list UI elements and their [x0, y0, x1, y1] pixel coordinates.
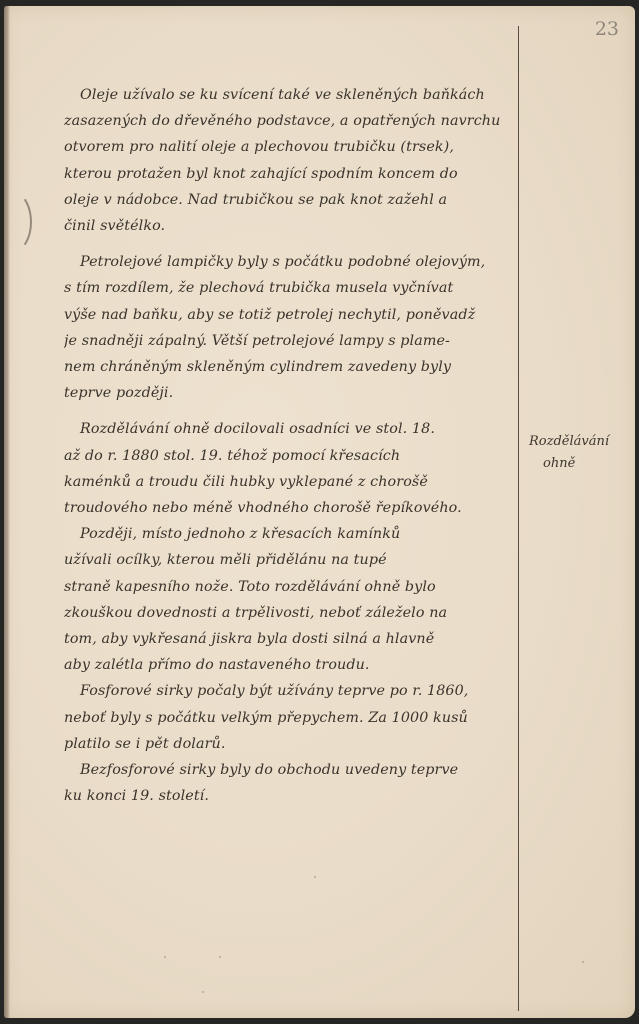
paper-speck: [164, 956, 166, 958]
text-line: Oleje užívalo se ku svícení také ve skle…: [64, 82, 512, 108]
text-line: Později, místo jednoho z křesacích kamín…: [64, 521, 512, 547]
text-line: oleje v nádobce. Nad trubičkou se pak kn…: [64, 187, 512, 213]
text-line: troudového nebo méně vhodného chorošě ře…: [64, 495, 512, 521]
margin-rule-line: [518, 26, 519, 1011]
text-line: výše nad baňku, aby se totiž petrolej ne…: [64, 302, 512, 328]
text-line: je snadněji zápalný. Větší petrolejové l…: [64, 328, 512, 354]
text-line: teprve později.: [64, 380, 512, 406]
text-line: zkouškou dovednosti a trpělivosti, neboť…: [64, 600, 512, 626]
text-line: zasazených do dřevěného podstavce, a opa…: [64, 108, 512, 134]
paragraph-safety-matches: Bezfosforové sirky byly do obchodu uvede…: [64, 757, 512, 809]
text-line: otvorem pro nalití oleje a plechovou tru…: [64, 134, 512, 160]
text-line: Rozdělávání ohně docilovali osadníci ve …: [64, 416, 512, 442]
text-line: platilo se i pět dolarů.: [64, 731, 512, 757]
paper-speck: [219, 956, 221, 958]
text-line: straně kapesního nože. Toto rozdělávání …: [64, 574, 512, 600]
page-number: 23: [595, 18, 619, 40]
text-line: až do r. 1880 stol. 19. téhož pomocí kře…: [64, 443, 512, 469]
text-line: Fosforové sirky počaly být užívány teprv…: [64, 678, 512, 704]
margin-note-fire-making: Rozdělávání ohně: [529, 431, 629, 475]
margin-note-line-2: ohně: [529, 453, 629, 475]
text-line: aby zalétla přímo do nastaveného troudu.: [64, 652, 512, 678]
paper-speck: [582, 961, 584, 963]
text-line: kaménků a troudu čili hubky vyklepané z …: [64, 469, 512, 495]
text-line: ku konci 19. století.: [64, 783, 512, 809]
scan-background: 23 Rozdělávání ohně Oleje užívalo se ku …: [0, 0, 639, 1024]
paragraph-gap: [64, 406, 512, 416]
text-line: Petrolejové lampičky byly s počátku podo…: [64, 249, 512, 275]
paragraph-gap: [64, 239, 512, 249]
paragraph-petroleum-lamps: Petrolejové lampičky byly s počátku podo…: [64, 249, 512, 406]
text-line: nem chráněným skleněným cylindrem zavede…: [64, 354, 512, 380]
notebook-page: 23 Rozdělávání ohně Oleje užívalo se ku …: [4, 6, 635, 1018]
text-line: činil světélko.: [64, 213, 512, 239]
text-line: Bezfosforové sirky byly do obchodu uvede…: [64, 757, 512, 783]
text-line: tom, aby vykřesaná jiskra byla dosti sil…: [64, 626, 512, 652]
page-binding-edge: [4, 6, 10, 1018]
binding-thread-mark: [0, 192, 32, 252]
paragraph-oil-lamps: Oleje užívalo se ku svícení také ve skle…: [64, 82, 512, 239]
paper-speck: [202, 991, 204, 993]
handwritten-body: Oleje užívalo se ku svícení také ve skle…: [64, 82, 512, 809]
text-line: užívali ocílky, kterou měli přidělánu na…: [64, 547, 512, 573]
paragraph-steel-striker: Později, místo jednoho z křesacích kamín…: [64, 521, 512, 678]
text-line: s tím rozdílem, že plechová trubička mus…: [64, 275, 512, 301]
text-line: neboť byly s počátku velkým přepychem. Z…: [64, 705, 512, 731]
paper-speck: [314, 876, 316, 878]
paragraph-phosphorus-matches: Fosforové sirky počaly být užívány teprv…: [64, 678, 512, 757]
margin-note-line-1: Rozdělávání: [529, 431, 629, 453]
paragraph-fire-making: Rozdělávání ohně docilovali osadníci ve …: [64, 416, 512, 521]
text-line: kterou protažen byl knot zahající spodní…: [64, 161, 512, 187]
